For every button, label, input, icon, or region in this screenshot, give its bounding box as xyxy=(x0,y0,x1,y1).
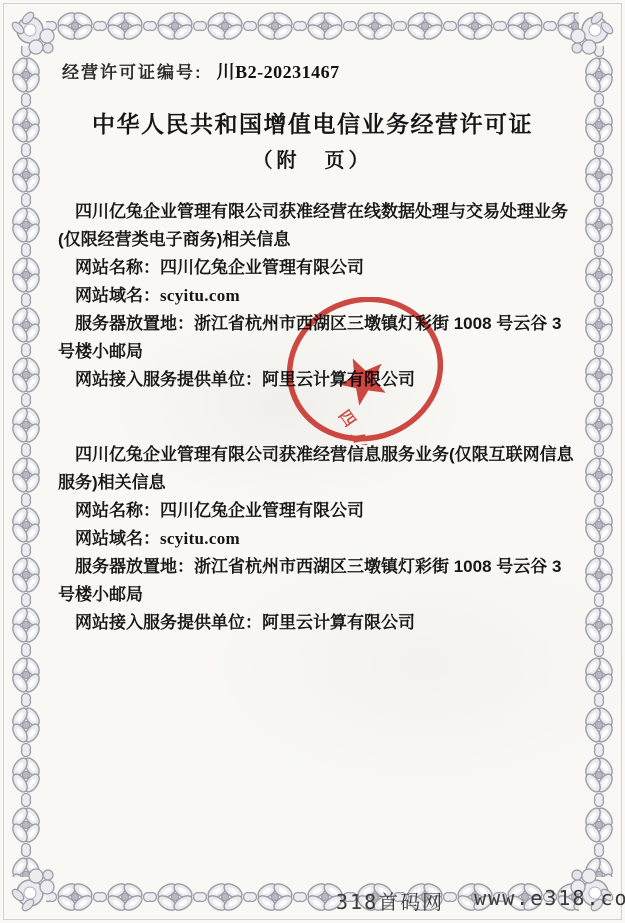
field-label: 网站域名： xyxy=(75,529,160,548)
business-section-info-service: 四川亿兔企业管理有限公司获准经营信息服务业务(仅限互联网信息服务)相关信息 网站… xyxy=(58,441,575,637)
seal-star-icon xyxy=(331,348,394,409)
field-value: scyitu.com xyxy=(160,529,240,548)
field-label: 服务器放置地： xyxy=(75,314,194,333)
field-label: 网站接入服务提供单位： xyxy=(75,370,262,389)
field-label: 网站接入服务提供单位： xyxy=(75,613,262,632)
field-row-domain: 网站域名：scyitu.com xyxy=(58,525,575,553)
official-seal: 四川省通信管理局 xyxy=(283,297,447,445)
field-row-access-provider: 网站接入服务提供单位：阿里云计算有限公司 xyxy=(58,609,575,637)
intro-paragraph: 四川亿兔企业管理有限公司获准经营在线数据处理与交易处理业务(仅限经营类电子商务)… xyxy=(58,198,575,254)
certificate-page: 经营许可证编号:川B2-20231467 中华人民共和国增值电信业务经营许可证 … xyxy=(0,0,625,923)
watermark: 318首码网 www.e318.com xyxy=(336,886,625,915)
license-number-value: 川B2-20231467 xyxy=(217,62,340,82)
license-number-row: 经营许可证编号:川B2-20231467 xyxy=(62,58,340,84)
field-label: 服务器放置地： xyxy=(75,557,194,576)
certificate-title: 中华人民共和国增值电信业务经营许可证 xyxy=(0,106,625,139)
field-label: 网站域名： xyxy=(75,286,160,305)
field-value: scyitu.com xyxy=(160,286,240,305)
field-value: 四川亿兔企业管理有限公司 xyxy=(160,501,364,520)
field-label: 网站名称： xyxy=(75,501,160,520)
field-row-website-name: 网站名称：四川亿兔企业管理有限公司 xyxy=(58,254,575,282)
certificate-content: 经营许可证编号:川B2-20231467 中华人民共和国增值电信业务经营许可证 … xyxy=(0,0,625,923)
watermark-site-name: 318首码网 xyxy=(336,886,444,915)
intro-paragraph: 四川亿兔企业管理有限公司获准经营信息服务业务(仅限互联网信息服务)相关信息 xyxy=(58,441,575,497)
license-number-label: 经营许可证编号: xyxy=(62,63,203,82)
field-value: 阿里云计算有限公司 xyxy=(262,613,415,632)
field-row-website-name: 网站名称：四川亿兔企业管理有限公司 xyxy=(58,497,575,525)
field-label: 网站名称： xyxy=(75,258,160,277)
field-value: 四川亿兔企业管理有限公司 xyxy=(160,258,364,277)
watermark-site-url: www.e318.com xyxy=(474,886,625,915)
certificate-subtitle: （附 页） xyxy=(0,144,625,173)
field-row-server-location: 服务器放置地：浙江省杭州市西湖区三墩镇灯彩街 1008 号云谷 3 号楼小邮局 xyxy=(58,553,575,609)
